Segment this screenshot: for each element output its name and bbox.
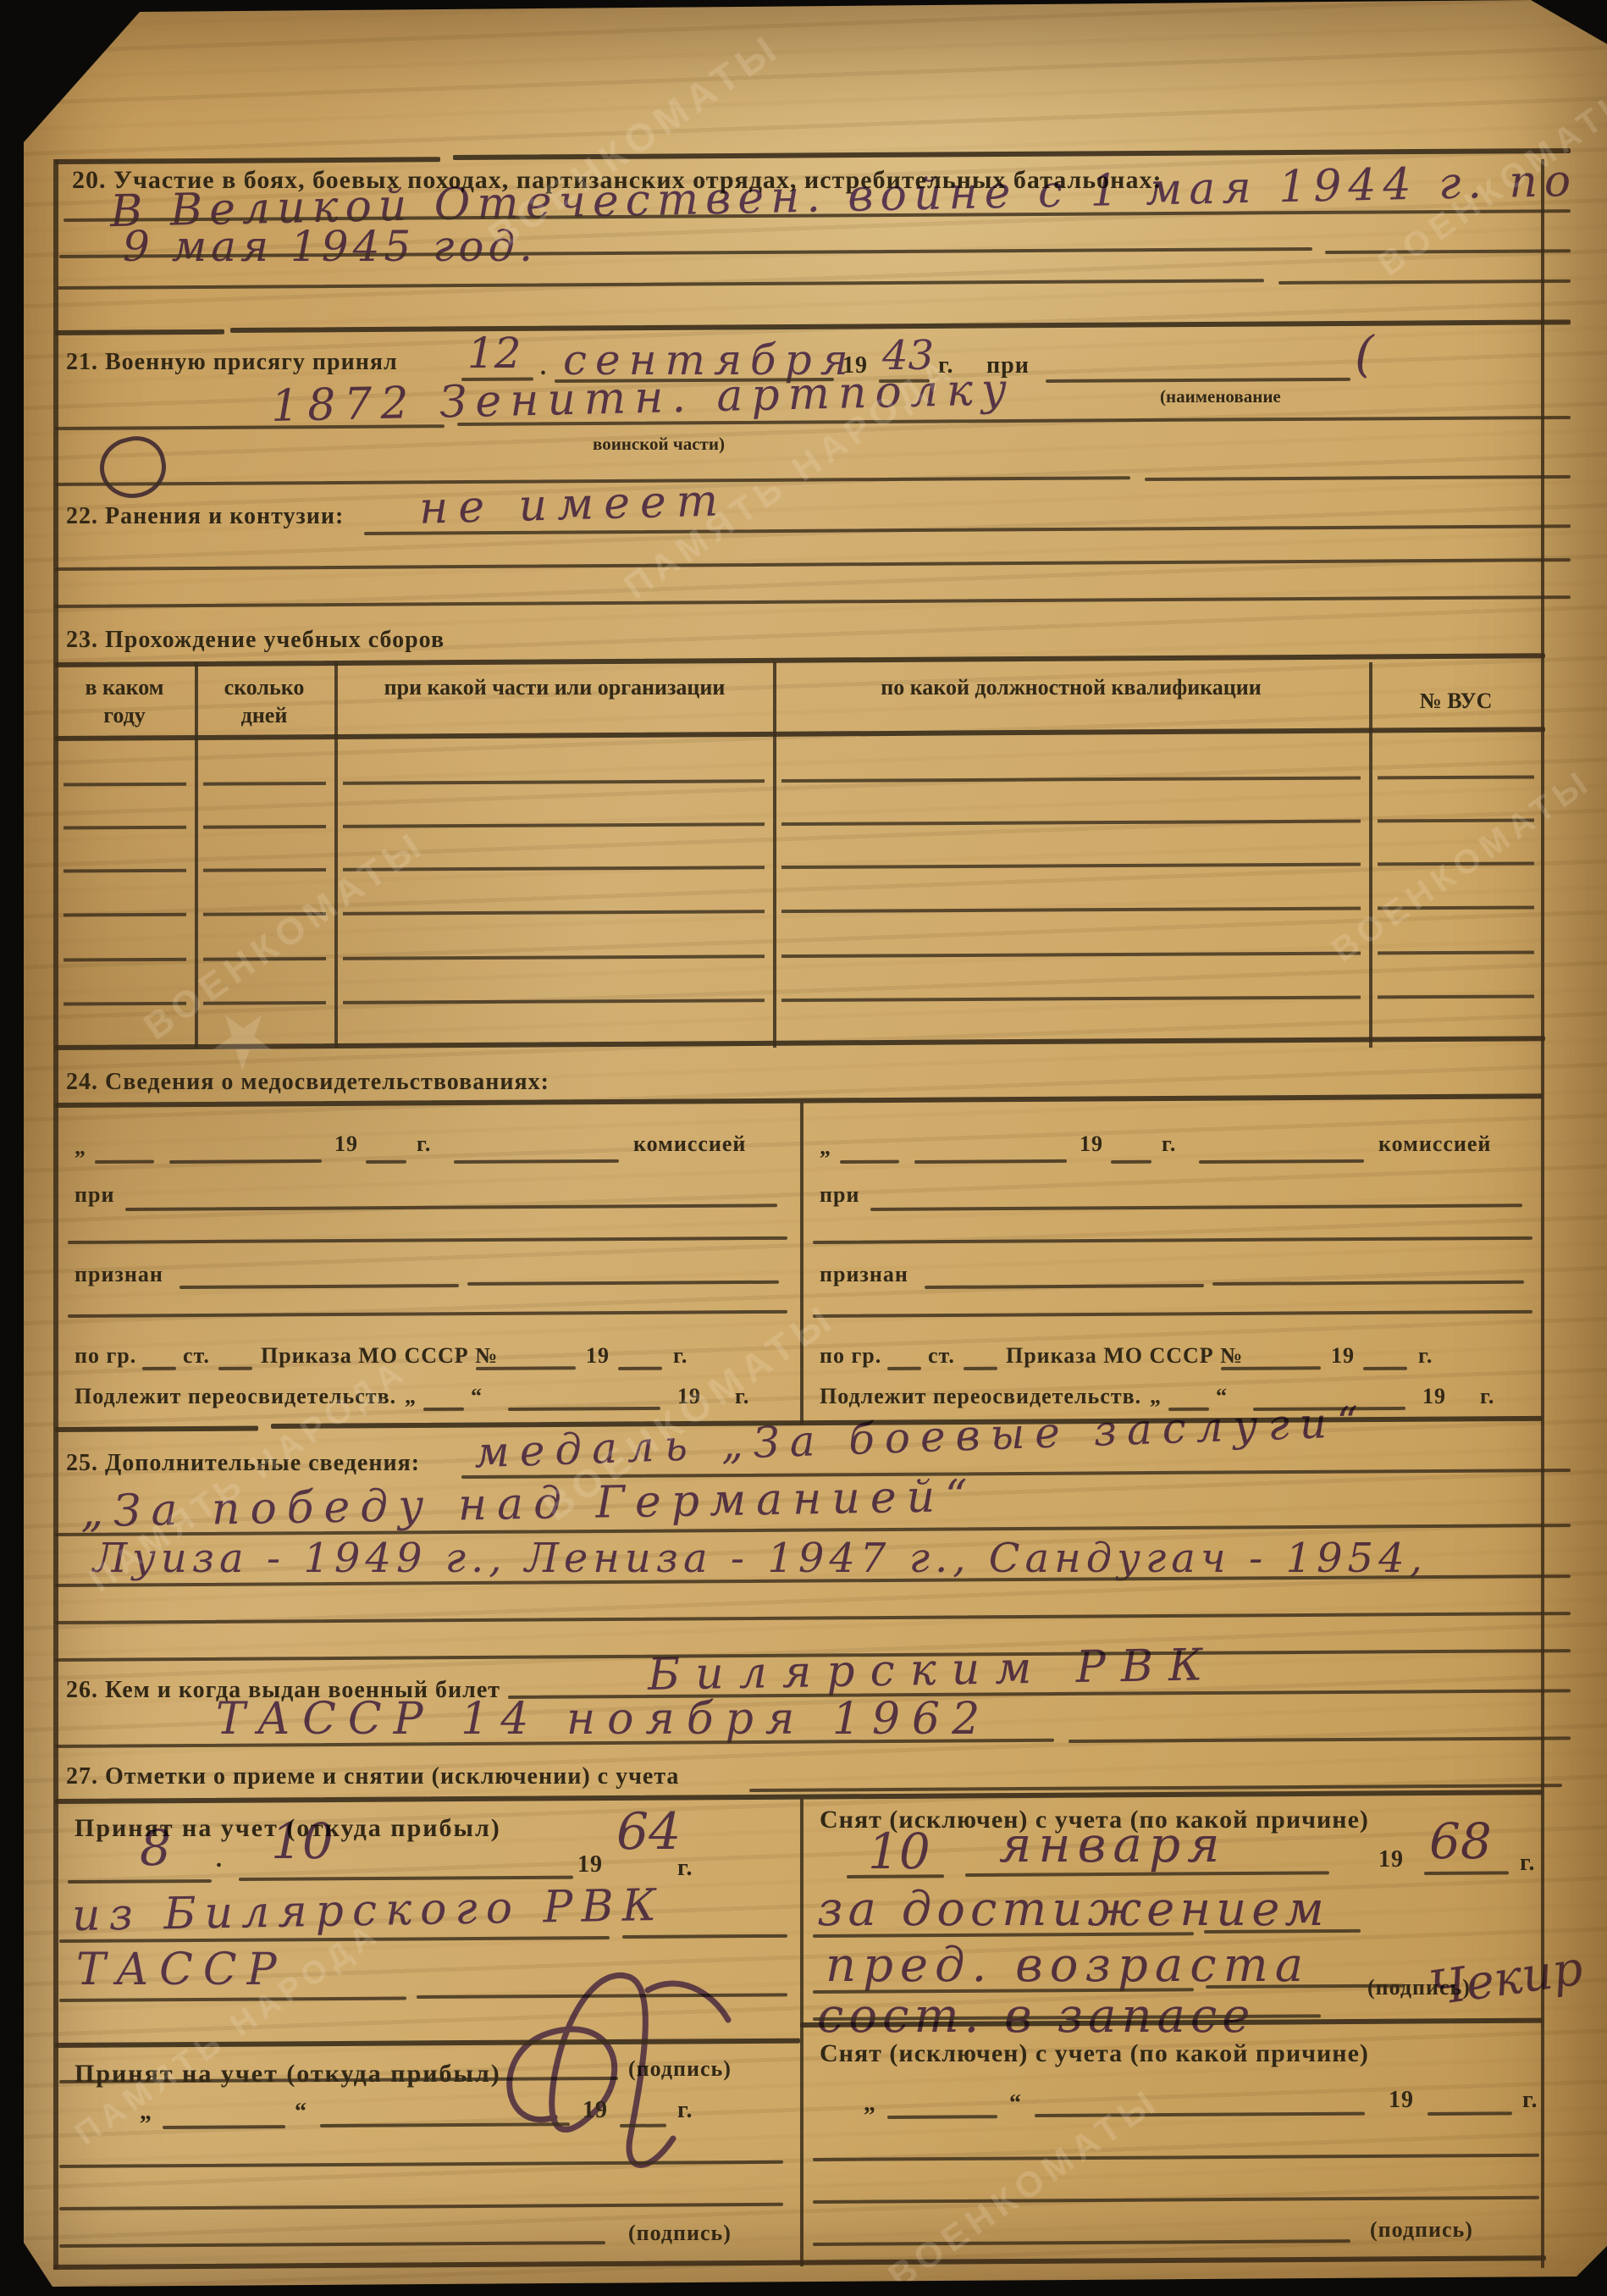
watermark: ВОЕНКОМАТЫ — [136, 823, 434, 1049]
table-header-separator — [55, 727, 1545, 741]
block-separator — [800, 2018, 1543, 2028]
table-col-header-days: сколько дней — [209, 674, 319, 729]
section26-handwriting-line1: Билярским РВК — [648, 1640, 1218, 1701]
prikaz-label: Приказа МО СССР № — [1006, 1343, 1243, 1369]
rule — [749, 1784, 1562, 1792]
rule — [1424, 1871, 1509, 1875]
rule — [68, 1237, 787, 1244]
printed-g: г. — [1162, 1131, 1176, 1157]
rule — [320, 2122, 570, 2127]
printed-g: г. — [677, 2097, 693, 2124]
table-col-header-unit: при какой части или организации — [377, 674, 732, 702]
rule — [914, 1159, 1067, 1164]
watermark: ПАМЯТЬ НАРОДА — [616, 348, 962, 607]
rule — [59, 2241, 605, 2248]
rule — [55, 558, 1571, 571]
section24-label: 24. Сведения о медосвидетельствованиях: — [66, 1069, 549, 1096]
s27-right1-hw-reason3: сост. в запасе — [817, 1989, 1255, 2044]
rule — [68, 1310, 787, 1318]
s27-left1-hw-day: 8 — [140, 1819, 171, 1877]
rule — [1206, 1984, 1405, 1989]
rule — [1253, 1407, 1405, 1411]
rule — [169, 1159, 322, 1164]
section21-label: 21. Военную присягу принял — [66, 349, 398, 376]
komissiey-label: комиссией — [1378, 1131, 1491, 1157]
rule — [55, 1524, 1571, 1536]
rule — [1325, 249, 1571, 254]
printed-g: г. — [1418, 1343, 1433, 1369]
rule — [179, 1284, 459, 1289]
printed-19: 19 — [842, 352, 868, 379]
section21-note-unit: воинской части) — [593, 434, 725, 455]
prinyat-label: Принят на учет (откуда прибыл) — [75, 1814, 501, 1843]
form-right-border — [1541, 159, 1544, 2268]
rule — [813, 1932, 1194, 1938]
section24-top-line — [55, 1093, 1543, 1108]
rule — [364, 524, 1571, 535]
rule — [618, 1367, 662, 1370]
rule — [55, 476, 1130, 486]
section21-hw-month: сентября — [563, 335, 857, 385]
section21-note-name: (наименование — [1160, 386, 1281, 407]
watermark: ПАМЯТЬ НАРОДА — [83, 1352, 415, 1600]
rule — [1069, 1736, 1571, 1743]
rule — [622, 1934, 787, 1939]
s27-left1-hw-year: 64 — [616, 1802, 681, 1862]
rule — [813, 2014, 1321, 2021]
rule — [59, 1996, 406, 2002]
rule — [813, 2154, 1539, 2161]
signature-scrawl — [474, 1939, 754, 2185]
table-col-header-qualification: по какой должностной квалификации — [868, 674, 1274, 702]
quote-open: „ — [75, 1135, 86, 1160]
table-divider — [334, 662, 338, 1048]
printed-19: 19 — [334, 1131, 358, 1157]
podpis-label: (подпись) — [628, 2056, 732, 2082]
table-row — [64, 994, 1534, 1005]
snyat-label: Снят (исключен) с учета (по какой причин… — [820, 1806, 1369, 1834]
section23-label: 23. Прохождение учебных сборов — [66, 627, 445, 654]
form-bottom-border — [53, 2255, 1546, 2270]
rule — [55, 424, 445, 430]
podpis-label: (подпись) — [628, 2221, 732, 2246]
watermark: ВОЕНКОМАТЫ — [479, 24, 788, 259]
rule — [55, 595, 1571, 608]
printed-19: 19 — [583, 2097, 608, 2124]
quote-close: “ — [1216, 1384, 1228, 1409]
rule — [925, 1284, 1204, 1289]
quote-close: “ — [295, 2099, 307, 2126]
rule — [813, 1237, 1532, 1244]
section21-hw-day: 12 — [467, 329, 522, 378]
rule — [1428, 2111, 1512, 2116]
rule — [58, 279, 1264, 290]
section26-handwriting-line2: ТАССР 14 ноября 1962 — [216, 1694, 991, 1745]
quote-open: „ — [820, 1135, 831, 1160]
rule — [239, 1876, 573, 1881]
printed-19: 19 — [577, 1851, 603, 1878]
rule — [125, 1203, 777, 1211]
printed-19: 19 — [586, 1343, 610, 1369]
section21-pri: при — [986, 352, 1030, 379]
printed-g: г. — [417, 1131, 431, 1157]
rule — [218, 1367, 252, 1370]
printed-19: 19 — [1389, 2087, 1414, 2114]
rule — [366, 1160, 406, 1164]
rule — [620, 2124, 666, 2127]
s27-right1-hw-month: января — [999, 1816, 1226, 1873]
watermark: ВОЕНКОМАТЫ — [534, 1294, 843, 1530]
watermark: ПАМЯТЬ НАРОДА — [69, 1915, 387, 2153]
quote-open: „ — [1150, 1384, 1162, 1409]
rule — [68, 1879, 212, 1884]
section20-handwriting-line2: 9 мая 1945 год. — [123, 222, 537, 271]
rule — [423, 1408, 464, 1411]
rule — [417, 1993, 787, 1999]
section22-handwriting: не имеет — [418, 475, 728, 534]
rule — [887, 2115, 997, 2119]
rule — [847, 1874, 944, 1878]
watermark: ВОЕНКОМАТЫ — [1325, 762, 1599, 971]
watermark: ВОЕНКОМАТЫ — [881, 2080, 1167, 2296]
rule — [1199, 1159, 1364, 1164]
section-separator — [230, 319, 1571, 333]
section22-label: 22. Ранения и контузии: — [66, 503, 344, 530]
printed-g: г. — [677, 1855, 693, 1882]
printed-g: г. — [1480, 1384, 1494, 1409]
s27-left1-hw-month: 10 — [271, 1812, 334, 1870]
pri-label: при — [75, 1182, 114, 1208]
rule — [555, 378, 834, 383]
section-separator — [271, 1416, 1543, 1429]
date-dot: . — [216, 1846, 223, 1873]
rule — [163, 2125, 285, 2129]
printed-g: г. — [1520, 1850, 1536, 1877]
section27-top-line — [55, 1790, 1543, 1804]
table-divider — [773, 662, 776, 1048]
section24-column-divider — [800, 1103, 803, 1425]
rule — [142, 1367, 176, 1370]
rule — [1221, 1366, 1321, 1370]
form-left-border — [53, 159, 58, 2270]
rule — [813, 2196, 1539, 2204]
table-divider — [1369, 662, 1372, 1048]
st-label: ст. — [183, 1343, 210, 1369]
podpis-label: (подпись) — [1367, 1975, 1471, 2000]
quote-open: „ — [864, 2090, 876, 2117]
komissiey-label: комиссией — [633, 1131, 746, 1157]
podlezhit-label: Подлежит переосвидетельств. — [820, 1384, 1141, 1409]
s27-right1-hw-signature: Чекир — [1426, 1941, 1586, 2017]
rule — [64, 209, 1571, 222]
rule — [95, 1160, 154, 1164]
rule — [55, 1574, 1571, 1587]
s27-right1-hw-day: 10 — [868, 1823, 931, 1880]
section27-column-divider — [800, 1799, 803, 2266]
rule — [59, 247, 1312, 258]
ink-circle-mark — [94, 431, 171, 505]
rule — [965, 1871, 1329, 1877]
table-top-border — [55, 653, 1545, 667]
table-row — [64, 861, 1534, 872]
s27-right1-hw-reason2: пред. возраста — [826, 1938, 1310, 1993]
section27-label: 27. Отметки о приеме и снятии (исключени… — [66, 1763, 679, 1790]
rule — [887, 1367, 921, 1370]
table-col-header-year: в каком году — [69, 674, 179, 729]
rule — [1111, 1160, 1151, 1164]
priznan-label: признан — [75, 1262, 163, 1287]
rule — [467, 1281, 779, 1286]
s27-left1-hw-from2: ТАССР — [76, 1945, 287, 1995]
date-dot: . — [540, 354, 547, 381]
rule — [1278, 279, 1571, 285]
table-row — [64, 775, 1534, 786]
printed-19: 19 — [1331, 1343, 1355, 1369]
rule — [461, 377, 533, 381]
rule — [1145, 475, 1571, 481]
po-gr-label: по гр. — [75, 1343, 136, 1369]
document-paper: ВОЕНКОМАТЫ ВОЕНКОМАТЫ ВОЕНКОМАТЫ ВОЕНКОМ… — [0, 0, 1607, 2296]
section25-handwriting-line3: Луиза - 1949 г., Лениза - 1947 г., Санду… — [93, 1535, 1428, 1582]
rule — [508, 1407, 660, 1411]
section-separator — [55, 1426, 258, 1432]
rule — [1363, 1367, 1407, 1370]
rule — [964, 1367, 997, 1370]
watermark: ВОЕНКОМАТЫ — [1372, 76, 1607, 285]
quote-close: “ — [471, 1384, 483, 1409]
printed-g: г. — [673, 1343, 688, 1369]
rule — [1035, 2112, 1365, 2117]
rule — [1046, 378, 1350, 383]
table-col-header-vus: № ВУС — [1373, 688, 1538, 716]
rule — [457, 416, 1571, 426]
po-gr-label: по гр. — [820, 1343, 881, 1369]
rule — [870, 1203, 1522, 1211]
section26-label: 26. Кем и когда выдан военный билет — [66, 1677, 500, 1704]
pri-label: при — [820, 1182, 859, 1208]
rule — [59, 2203, 783, 2210]
podpis-label: (подпись) — [1370, 2217, 1473, 2243]
rule — [1168, 1408, 1209, 1411]
form-top-border — [55, 157, 440, 164]
printed-19: 19 — [1422, 1384, 1446, 1409]
printed-19: 19 — [1378, 1846, 1404, 1873]
rule — [813, 1988, 1194, 1994]
printed-19: 19 — [1080, 1131, 1103, 1157]
st-label: ст. — [928, 1343, 955, 1369]
s27-right1-hw-reason1: за достижением — [817, 1882, 1329, 1937]
rule — [55, 1739, 1054, 1748]
rule — [55, 1649, 1571, 1662]
rule — [476, 1366, 576, 1370]
rule — [813, 1310, 1532, 1318]
rule — [454, 1159, 619, 1164]
rule — [508, 1689, 1571, 1699]
printed-g: г. — [1522, 2087, 1538, 2114]
snyat-label: Снят (исключен) с учета (по какой причин… — [820, 2039, 1369, 2068]
scan-background: ВОЕНКОМАТЫ ВОЕНКОМАТЫ ВОЕНКОМАТЫ ВОЕНКОМ… — [0, 0, 1607, 2296]
rule — [813, 2239, 1350, 2246]
section21-hw-paren: ( — [1355, 325, 1374, 383]
rule — [1204, 1929, 1361, 1934]
s27-right1-hw-year: 68 — [1429, 1812, 1492, 1870]
rule — [55, 1612, 1571, 1624]
section20-handwriting-line1: В Великой Отечествен. войне с 1 мая 1944… — [110, 156, 1578, 237]
rule — [59, 2160, 783, 2168]
rule — [1212, 1281, 1524, 1286]
section-separator — [55, 329, 224, 335]
rule — [840, 1160, 899, 1164]
table-row — [64, 818, 1534, 829]
priznan-label: признан — [820, 1262, 908, 1287]
quote-close: “ — [1009, 2090, 1022, 2117]
block-separator — [55, 2039, 800, 2048]
